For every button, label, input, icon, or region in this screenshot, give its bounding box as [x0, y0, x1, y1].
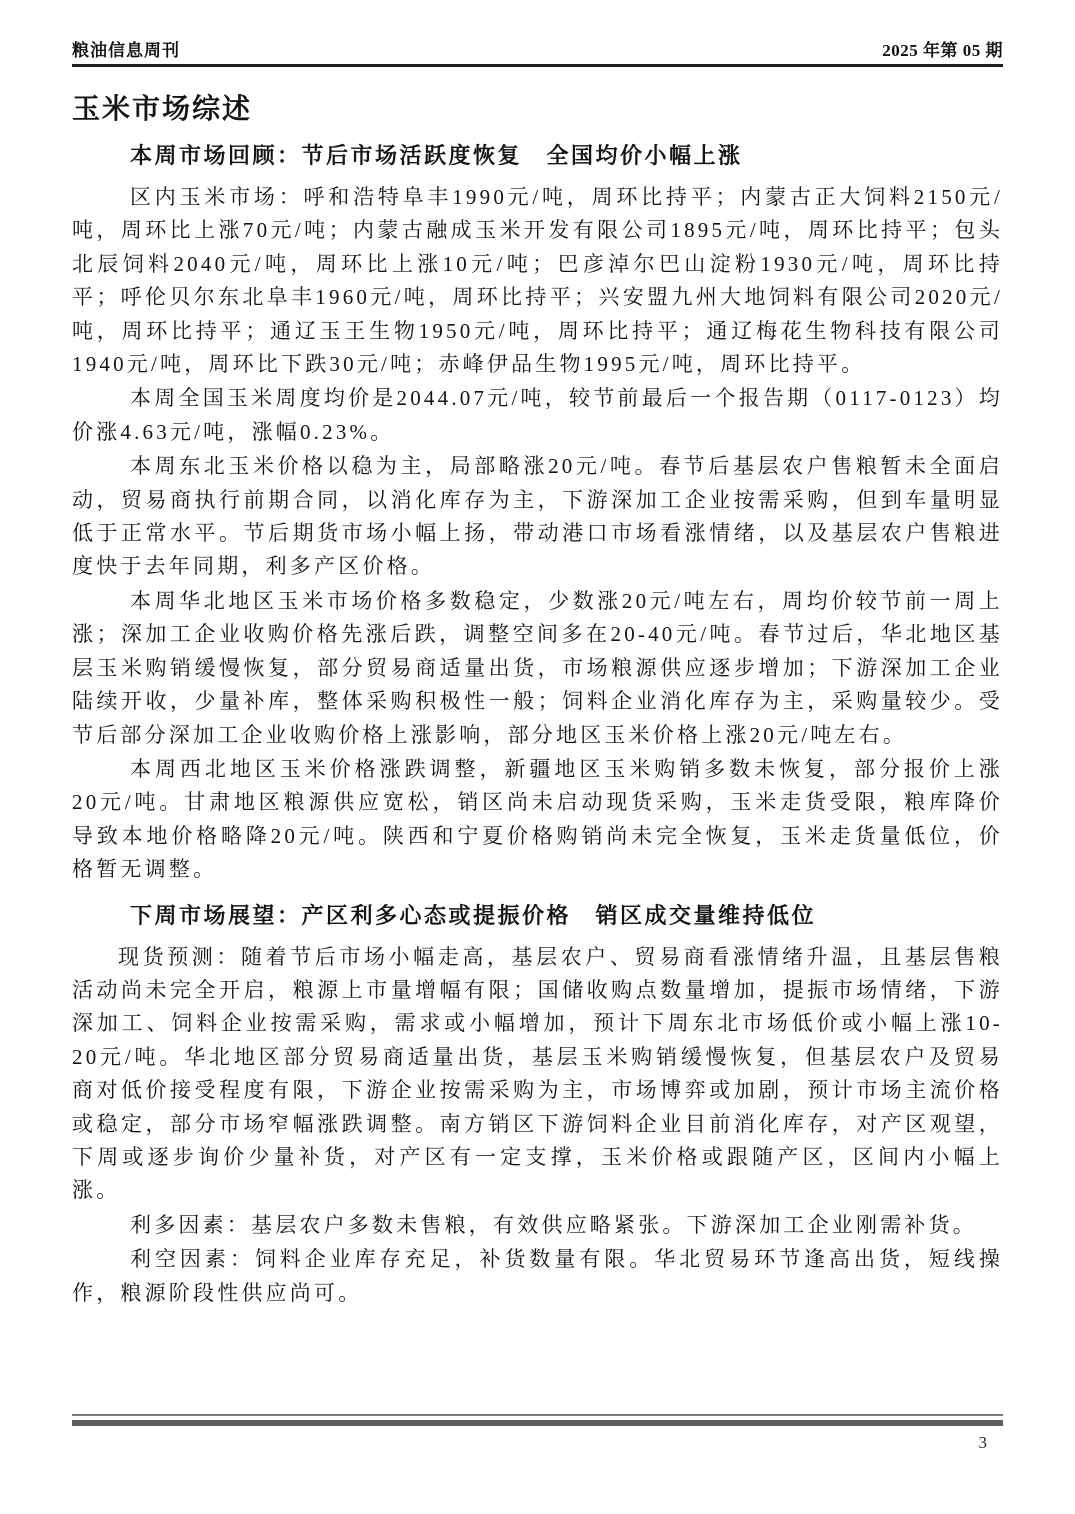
header-divider [72, 64, 1003, 67]
footer-divider-thin [72, 1414, 1003, 1416]
section-2-heading: 下周市场展望：产区利多心态或提振价格 销区成交量维持低位 [72, 899, 1003, 932]
footer-divider-thick [72, 1420, 1003, 1426]
paragraph-spot-forecast: 现货预测：随着节后市场小幅走高，基层农户、贸易商看涨情绪升温，且基层售粮活动尚未… [72, 941, 1003, 1208]
page-footer: 3 [72, 1414, 1003, 1453]
paragraph-bearish-factors: 利空因素：饲料企业库存充足，补货数量有限。华北贸易环节逢高出货，短线操作，粮源阶… [72, 1243, 1003, 1310]
paragraph-region-prices: 区内玉米市场：呼和浩特阜丰1990元/吨，周环比持平；内蒙古正大饲料2150元/… [72, 181, 1003, 381]
page-number: 3 [72, 1433, 1003, 1453]
page-title: 玉米市场综述 [72, 87, 1003, 127]
section-1-heading: 本周市场回顾：节后市场活跃度恢复 全国均价小幅上涨 [72, 139, 1003, 172]
document-body: 玉米市场综述 本周市场回顾：节后市场活跃度恢复 全国均价小幅上涨 区内玉米市场：… [72, 87, 1003, 1310]
paragraph-bullish-factors: 利多因素：基层农户多数未售粮，有效供应略紧张。下游深加工企业刚需补货。 [72, 1209, 1003, 1242]
paragraph-northeast-market: 本周东北玉米价格以稳为主，局部略涨20元/吨。春节后基层农户售粮暂未全面启动，贸… [72, 450, 1003, 584]
page-header: 粮油信息周刊 2025 年第 05 期 [72, 36, 1003, 61]
issue-label: 2025 年第 05 期 [882, 36, 1003, 61]
journal-title: 粮油信息周刊 [72, 36, 180, 61]
paragraph-northwest-market: 本周西北地区玉米价格涨跌调整，新疆地区玉米购销多数未恢复，部分报价上涨20元/吨… [72, 753, 1003, 887]
document-page: 粮油信息周刊 2025 年第 05 期 玉米市场综述 本周市场回顾：节后市场活跃… [0, 0, 1075, 1514]
paragraph-national-average: 本周全国玉米周度均价是2044.07元/吨，较节前最后一个报告期（0117-01… [72, 382, 1003, 449]
paragraph-north-china-market: 本周华北地区玉米市场价格多数稳定，少数涨20元/吨左右，周均价较节前一周上涨；深… [72, 585, 1003, 752]
